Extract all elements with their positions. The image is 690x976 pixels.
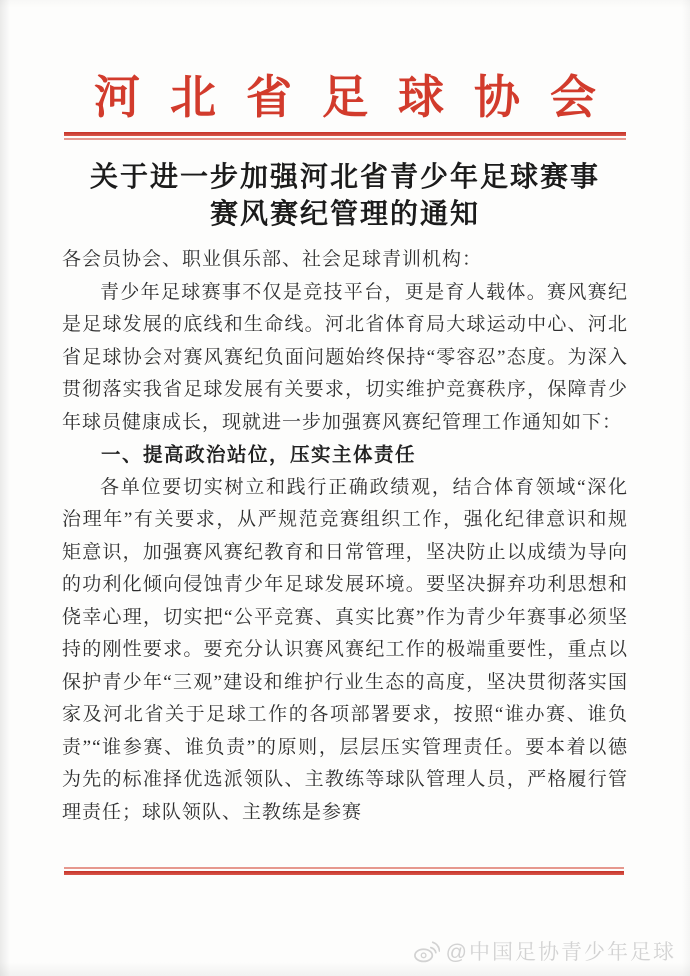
document-title-line-1: 关于进一步加强河北省青少年足球赛事 [0, 159, 690, 196]
weibo-icon [413, 939, 440, 963]
footer-rule-thin-line [64, 867, 624, 869]
paragraph-section-1: 各单位要切实树立和践行正确政绩观，结合体育领域“深化治理年”有关要求，从严规范竞… [62, 472, 628, 830]
salutation: 各会员协会、职业俱乐部、社会足球青训机构： [62, 244, 628, 277]
footer-rule [64, 867, 624, 875]
watermark-text: @中国足协青少年足球 [446, 936, 676, 966]
paragraph-intro: 青少年足球赛事不仅是竞技平台，更是育人载体。赛风赛纪是足球发展的底线和生命线。河… [62, 277, 628, 440]
document-title: 关于进一步加强河北省青少年足球赛事 赛风赛纪管理的通知 [0, 159, 690, 233]
letterhead-rule-thin-line [64, 138, 626, 140]
footer-rule-thick-line [64, 871, 624, 875]
letterhead-rule [64, 132, 626, 140]
document-page: 河北省足球协会 关于进一步加强河北省青少年足球赛事 赛风赛纪管理的通知 各会员协… [0, 0, 690, 976]
letterhead-rule-thick-line [64, 132, 626, 136]
document-title-line-2: 赛风赛纪管理的通知 [0, 196, 690, 233]
section-1-heading: 一、提高政治站位，压实主体责任 [62, 439, 628, 472]
watermark: @中国足协青少年足球 [413, 936, 676, 966]
letterhead-org-name: 河北省足球协会 [0, 0, 690, 126]
document-body: 各会员协会、职业俱乐部、社会足球青训机构： 青少年足球赛事不仅是竞技平台，更是育… [62, 244, 628, 829]
